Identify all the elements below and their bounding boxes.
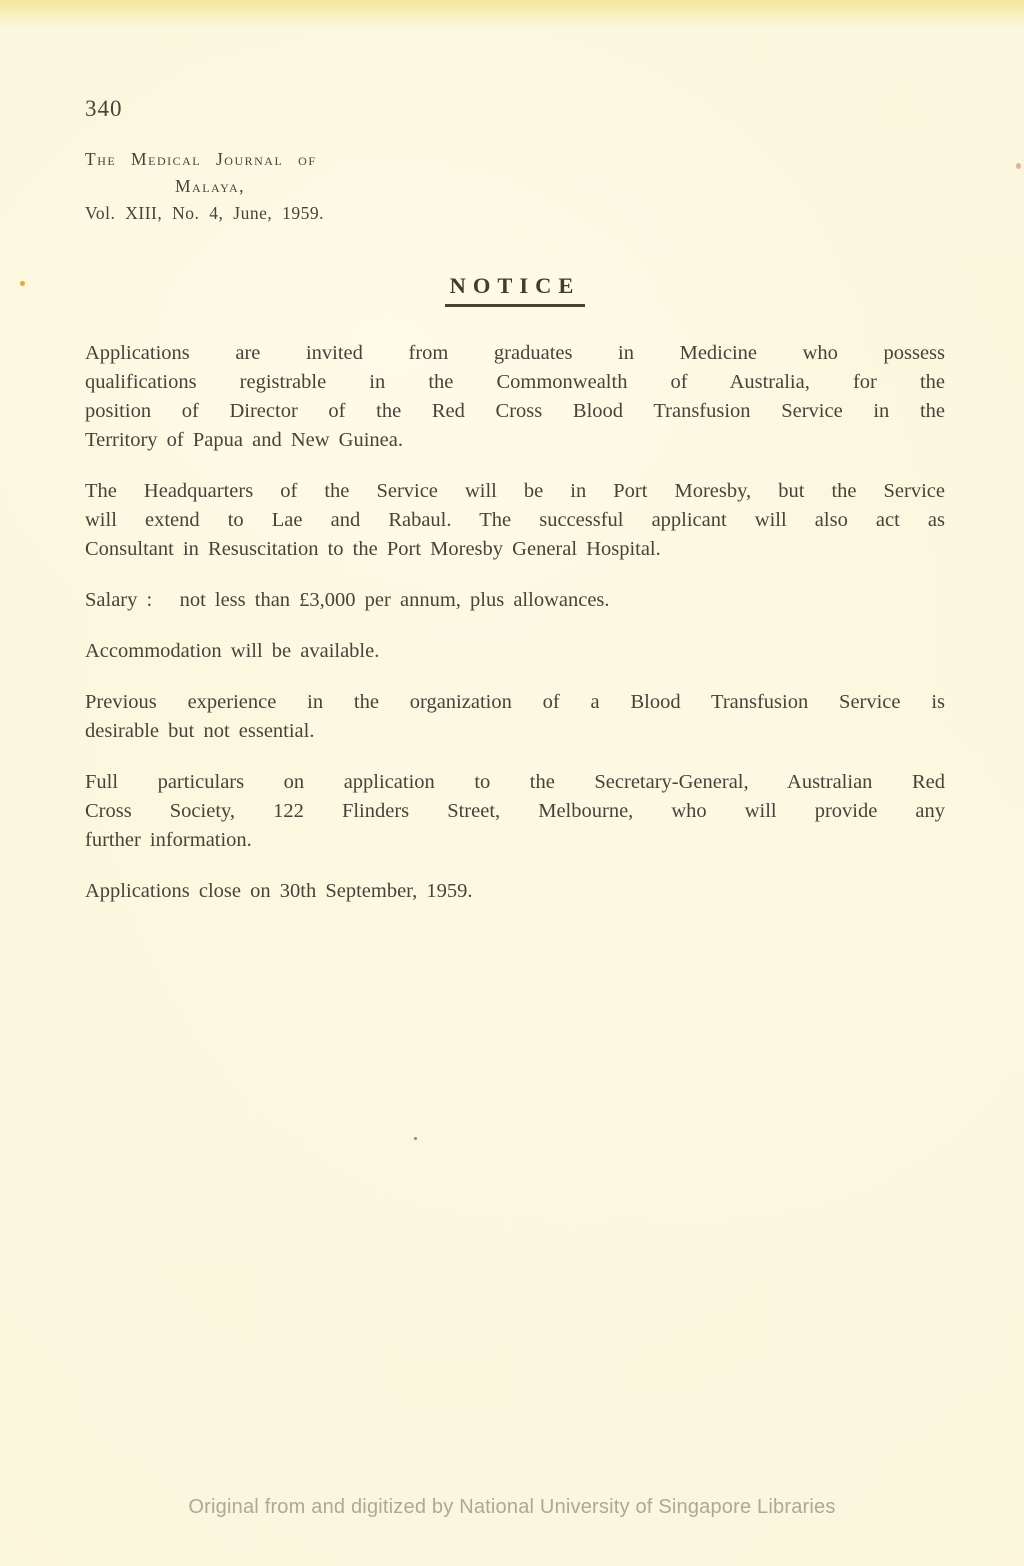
scanned-journal-page: 340 The Medical Journal of Malaya, Vol. … bbox=[0, 0, 1024, 1566]
notice-heading: NOTICE bbox=[445, 273, 586, 307]
page-number: 340 bbox=[85, 96, 945, 122]
page-content: 340 The Medical Journal of Malaya, Vol. … bbox=[85, 0, 945, 928]
text-line: The Headquarters of the Service will be … bbox=[85, 477, 945, 506]
journal-title-line-2: Malaya, bbox=[85, 173, 335, 200]
notice-paragraph: Salary : not less than £3,000 per annum,… bbox=[85, 586, 945, 615]
text-line: Applications are invited from graduates … bbox=[85, 339, 945, 368]
text-line: position of Director of the Red Cross Bl… bbox=[85, 397, 945, 426]
text-line: Previous experience in the organization … bbox=[85, 688, 945, 717]
notice-paragraph: Full particulars on application to the S… bbox=[85, 768, 945, 855]
text-line: qualifications registrable in the Common… bbox=[85, 368, 945, 397]
text-line: Territory of Papua and New Guinea. bbox=[85, 426, 945, 455]
journal-reference: The Medical Journal of Malaya, Vol. XIII… bbox=[85, 146, 389, 227]
notice-paragraph: Applications close on 30th September, 19… bbox=[85, 877, 945, 906]
journal-volume-line: Vol. XIII, No. 4, June, 1959. bbox=[85, 200, 389, 227]
text-line: Accommodation will be available. bbox=[85, 637, 945, 666]
text-line: Consultant in Resuscitation to the Port … bbox=[85, 535, 945, 564]
notice-paragraph: Accommodation will be available. bbox=[85, 637, 945, 666]
text-line: Full particulars on application to the S… bbox=[85, 768, 945, 797]
text-line: Cross Society, 122 Flinders Street, Melb… bbox=[85, 797, 945, 826]
text-line: will extend to Lae and Rabaul. The succe… bbox=[85, 506, 945, 535]
scan-speck bbox=[1016, 163, 1021, 169]
digitization-credit: Original from and digitized by National … bbox=[0, 1496, 1024, 1519]
text-line: desirable but not essential. bbox=[85, 717, 945, 746]
notice-heading-wrapper: NOTICE bbox=[85, 273, 945, 307]
notice-body: Applications are invited from graduates … bbox=[85, 339, 945, 906]
notice-paragraph: The Headquarters of the Service will be … bbox=[85, 477, 945, 564]
text-line: further information. bbox=[85, 826, 945, 855]
notice-paragraph: Previous experience in the organization … bbox=[85, 688, 945, 746]
text-line: Salary : not less than £3,000 per annum,… bbox=[85, 586, 945, 615]
journal-title-line-1: The Medical Journal of bbox=[85, 146, 389, 173]
scan-speck bbox=[414, 1137, 417, 1140]
text-line: Applications close on 30th September, 19… bbox=[85, 877, 945, 906]
notice-paragraph: Applications are invited from graduates … bbox=[85, 339, 945, 455]
scan-speck bbox=[20, 281, 25, 286]
